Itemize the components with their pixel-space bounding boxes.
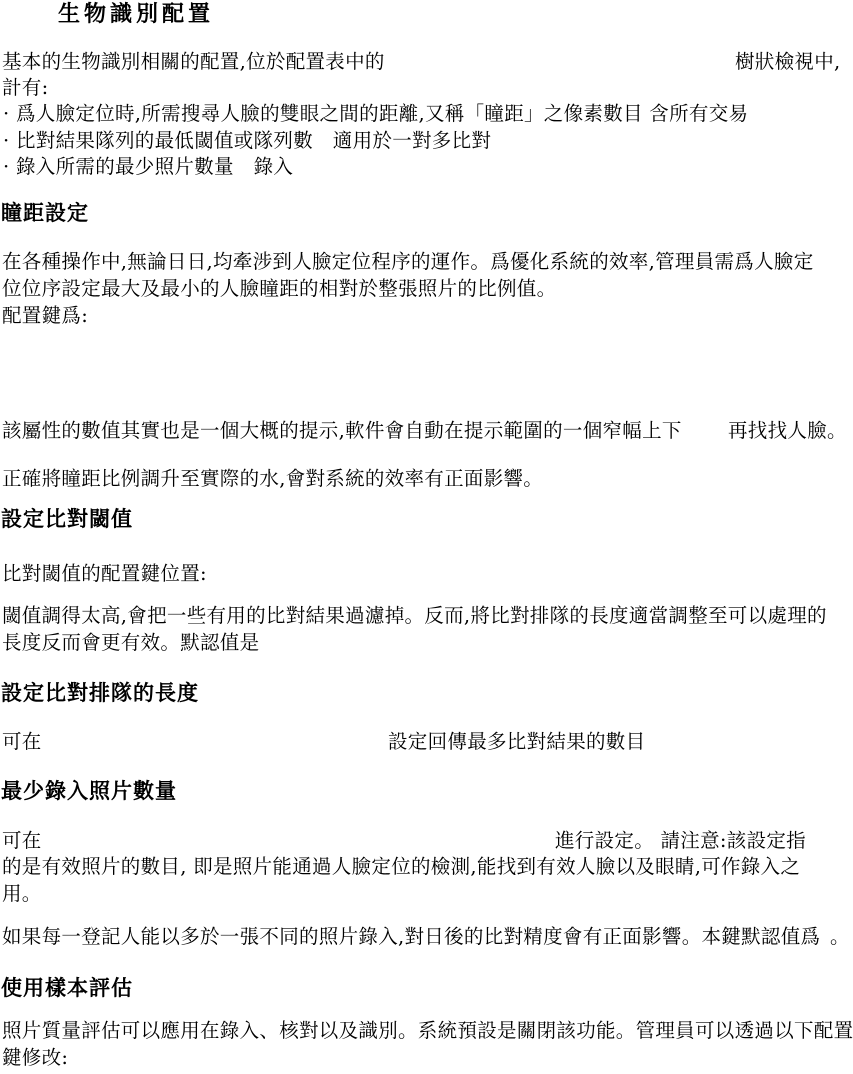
intro-line-2: 計有: <box>2 78 48 98</box>
min-photos-line-1-part-a: 可在 <box>2 831 42 851</box>
section-heading-sample-evaluation: 使用樣本評估 <box>1 977 133 998</box>
pupil-hint-line-part-b: 再找找人臉。 <box>728 421 847 441</box>
pupil-config-key-label: 配置鍵爲: <box>2 306 88 326</box>
sample-eval-line-2: 鍵修改: <box>2 1048 68 1068</box>
sample-eval-line-1: 照片質量評估可以應用在錄入、核對以及識別。系統預設是關閉該功能。管理員可以透過以… <box>2 1021 853 1041</box>
queue-paragraph-part-a: 可在 <box>2 732 42 752</box>
bullet-item-pupil-distance: · 爲人臉定位時,所需搜尋人臉的雙眼之間的距離,又稱「瞳距」之像素數目 含所有交… <box>3 104 748 124</box>
section-heading-queue-length: 設定比對排隊的長度 <box>1 682 199 703</box>
threshold-paragraph-line-1: 閾值調得太高,會把一些有用的比對結果過濾掉。反而,將比對排隊的長度適當調整至可以… <box>2 606 827 626</box>
intro-line-1-part-a: 基本的生物識別相關的配置,位於配置表中的 <box>2 52 385 72</box>
min-photos-default-line-part-a: 如果每一登記人能以多於一張不同的照片錄入,對日後的比對精度會有正面影響。本鍵默認… <box>2 927 820 947</box>
min-photos-line-1-part-b: 進行設定。 請注意:該設定指 <box>555 831 806 851</box>
threshold-paragraph-line-2: 長度反而會更有效。默認值是 <box>2 633 259 653</box>
min-photos-default-line-part-b: 。 <box>830 927 850 947</box>
bullet-item-min-photos: · 錄入所需的最少照片數量 錄入 <box>3 157 293 177</box>
queue-paragraph-part-b: 設定回傳最多比對結果的數目 <box>388 732 645 752</box>
pupil-hint-line-part-a: 該屬性的數值其實也是一個大概的提示,軟件會自動在提示範圍的一個窄幅上下 <box>2 421 682 441</box>
section-heading-min-photos: 最少錄入照片數量 <box>1 780 177 801</box>
pupil-paragraph-line-1: 在各種操作中,無論日日,均牽涉到人臉定位程序的運作。爲優化系統的效率,管理員需爲… <box>2 252 814 272</box>
section-heading-pupil-distance: 瞳距設定 <box>1 202 89 223</box>
pupil-paragraph-line-2: 位位序設定最大及最小的人臉瞳距的相對於整張照片的比例值。 <box>2 279 556 299</box>
section-heading-match-threshold: 設定比對閾值 <box>1 508 133 529</box>
min-photos-line-3: 用。 <box>2 884 42 904</box>
intro-line-1-part-b: 樹狀檢視中, <box>735 52 841 72</box>
threshold-config-key-label: 比對閾值的配置鍵位置: <box>2 564 207 584</box>
document-page: 生物識別配置 基本的生物識別相關的配置,位於配置表中的 樹狀檢視中, 計有: ·… <box>0 0 853 1074</box>
document-title: 生物識別配置 <box>58 3 214 25</box>
min-photos-line-2: 的是有效照片的數目, 即是照片能通過人臉定位的檢測,能找到有效人臉以及眼睛,可作… <box>2 857 800 877</box>
bullet-item-match-threshold: · 比對結果隊列的最低閾值或隊列數 適用於一對多比對 <box>3 131 491 151</box>
pupil-effect-line: 正確將瞳距比例調升至實際的水,會對系統的效率有正面影響。 <box>2 469 543 489</box>
